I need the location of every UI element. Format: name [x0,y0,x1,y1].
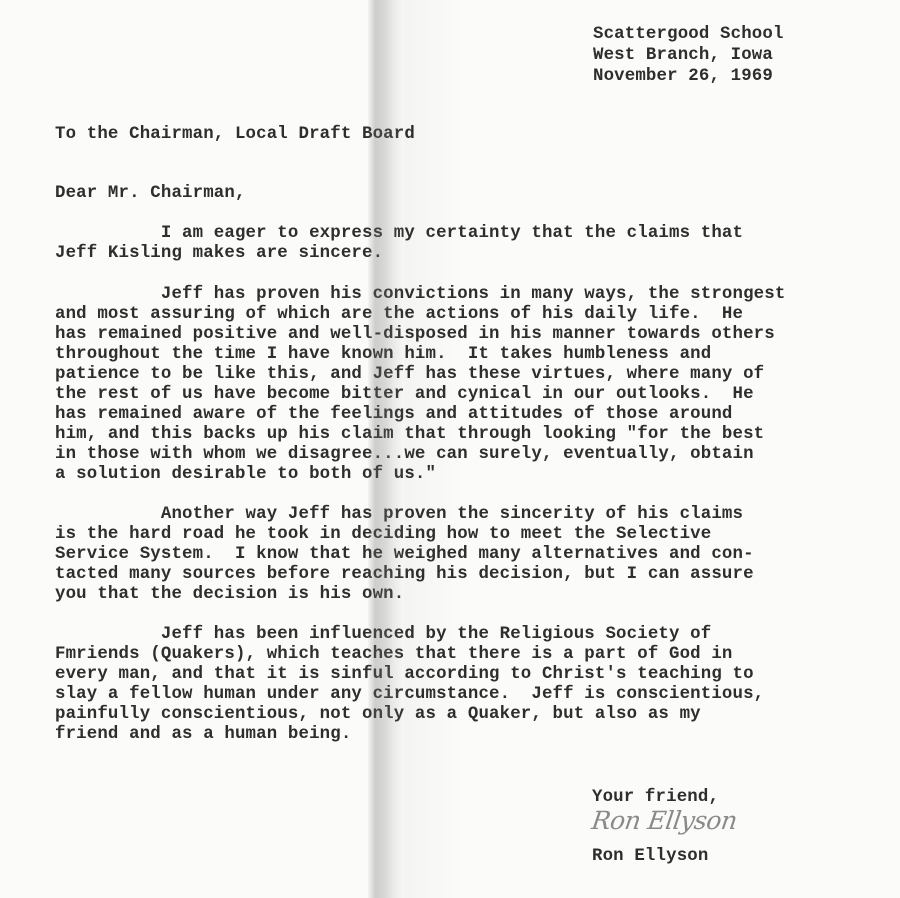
fold-crease-shadow [368,0,404,898]
salutation: Dear Mr. Chairman, [55,184,246,204]
paragraph-line: the rest of us have become bitter and cy… [55,385,754,405]
letterhead-date: November 26, 1969 [593,67,773,87]
signer-name: Ron Ellyson [592,847,708,867]
letterhead-location: West Branch, Iowa [593,46,773,66]
scanned-letter-page: Scattergood School West Branch, Iowa Nov… [0,0,900,898]
paragraph-line: you that the decision is his own. [55,585,404,605]
paragraph-line: slay a fellow human under any circumstan… [55,685,764,705]
recipient-line: To the Chairman, Local Draft Board [55,125,415,145]
valediction: Your friend, [592,788,719,808]
paragraph-line: tacted many sources before reaching his … [55,565,754,585]
paragraph-line: Jeff has proven his convictions in many … [55,285,785,305]
handwritten-signature: Ron Ellyson [590,806,739,835]
paragraph-line: friend and as a human being. [55,725,351,745]
paragraph-line: Jeff Kisling makes are sincere. [55,244,383,264]
paragraph-line: has remained positive and well-disposed … [55,325,775,345]
paragraph-line: patience to be like this, and Jeff has t… [55,365,764,385]
letterhead-school: Scattergood School [593,25,784,45]
paragraph-line: in those with whom we disagree...we can … [55,445,754,465]
paragraph-line: him, and this backs up his claim that th… [55,425,764,445]
paragraph-line: every man, and that it is sinful accordi… [55,665,754,685]
paragraph-line: Service System. I know that he weighed m… [55,545,754,565]
